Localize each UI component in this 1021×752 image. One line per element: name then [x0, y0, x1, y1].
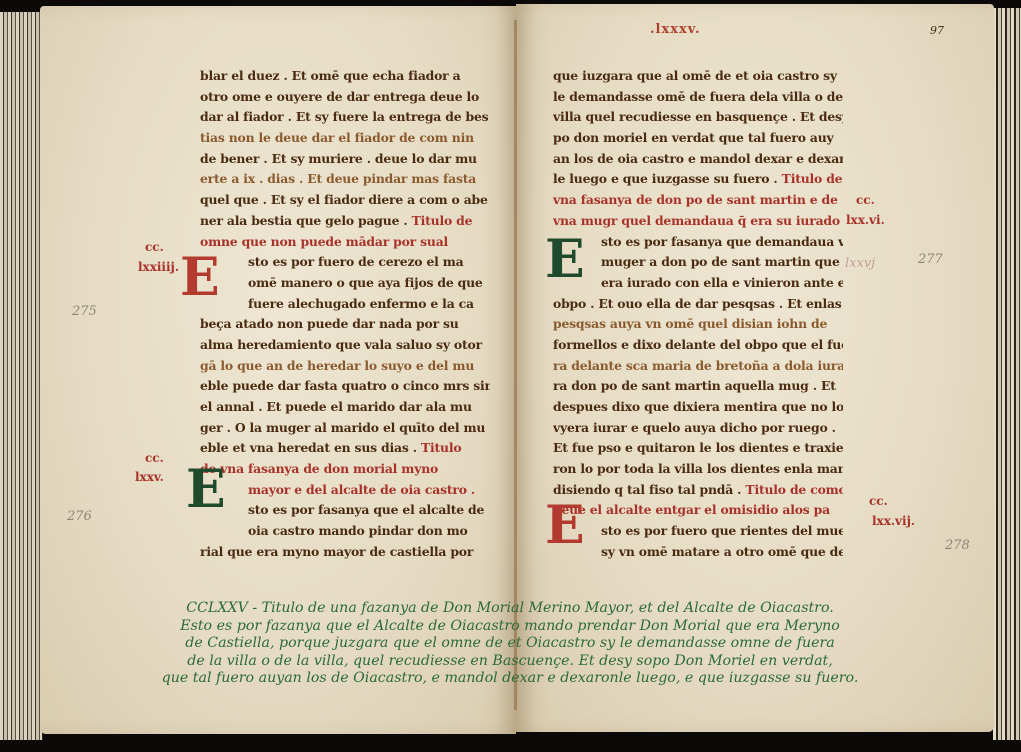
manuscript-line: eble puede dar fasta quatro o cinco mrs … — [200, 376, 490, 397]
chapter-heading: .lxxxv. — [650, 22, 701, 37]
margin-chapter-number: cc. — [869, 494, 888, 508]
manuscript-line: po don moriel en verdat que tal fuero au… — [553, 128, 843, 149]
pencil-folio-277: 277 — [918, 252, 943, 267]
caption-line: CCLXXV - Titulo de una fazanya de Don Mo… — [120, 600, 900, 618]
rubric-title: Titulo de como — [745, 482, 843, 497]
manuscript-line: eble et vna heredat en sus dias . Titulo — [200, 438, 490, 459]
manuscript-line: ra delante sca maria de bretoña a dola i… — [553, 356, 843, 377]
margin-chapter-number: lxxiiij. — [138, 260, 179, 274]
manuscript-line: beça atado non puede dar nada por su — [200, 314, 490, 335]
manuscript-line: villa quel recudiesse en basquençe . Et … — [553, 107, 843, 128]
manuscript-line: quel que . Et sy el fiador diere a com o… — [200, 190, 490, 211]
manuscript-line: deue el alcalte entgar el omisidio alos … — [553, 500, 843, 521]
left-page-edges — [0, 12, 43, 740]
manuscript-line: de bener . Et sy muriere . deue lo dar m… — [200, 149, 490, 170]
manuscript-line: vyera iurar e quelo auya dicho por ruego… — [553, 418, 843, 439]
manuscript-line: dar al fiador . Et sy fuere la entrega d… — [200, 107, 490, 128]
manuscript-line: vna mugr quel demandaua q̄ era su iurado… — [553, 211, 843, 232]
margin-chapter-number: cc. — [145, 240, 164, 254]
margin-chapter-number: lxxv. — [135, 470, 164, 484]
manuscript-line: que iuzgara que al omē de et oia castro … — [553, 66, 843, 87]
green-initial-e: E — [545, 234, 585, 286]
manuscript-line: el annal . Et puede el marido dar ala mu — [200, 397, 490, 418]
manuscript-line: sy vn omē matare a otro omē que de — [553, 542, 843, 563]
manuscript-line: an los de oia castro e mandol dexar e de… — [553, 149, 843, 170]
right-page-edges — [993, 8, 1021, 740]
manuscript-line: alma heredamiento que vala saluo sy otor — [200, 335, 490, 356]
manuscript-line: pesqsas auya vn omē quel disian iohn de — [553, 314, 843, 335]
manuscript-line: sto es por fasanya que el alcalte de — [200, 500, 490, 521]
manuscript-line: formellos e dixo delante del obpo que el… — [553, 335, 843, 356]
manuscript-line: Et fue pso e quitaron le los dientes e t… — [553, 438, 843, 459]
manuscript-line: gā lo que an de heredar lo suyo e del mu — [200, 356, 490, 377]
rubric-title: Titulo — [421, 440, 461, 455]
left-page-text: blar el duez . Et omē que echa fiador ao… — [200, 66, 490, 563]
transcription-caption: CCLXXV - Titulo de una fazanya de Don Mo… — [120, 600, 900, 688]
caption-line: que tal fuero auyan los de Oiacastro, e … — [120, 670, 900, 688]
caption-line: de la villa o de la villa, quel recudies… — [120, 653, 900, 671]
manuscript-line: erte a ix . dias . Et deue pindar mas fa… — [200, 169, 490, 190]
manuscript-line: muger a don po de sant martin que — [553, 252, 843, 273]
manuscript-line: despues dixo que dixiera mentira que no … — [553, 397, 843, 418]
manuscript-line: otro ome e ouyere de dar entrega deue lo — [200, 87, 490, 108]
manuscript-line: ner ala bestia que gelo pague . Titulo d… — [200, 211, 490, 232]
manuscript-line: ra don po de sant martin aquella mug . E… — [553, 376, 843, 397]
manuscript-line: fuere alechugado enfermo e la ca — [200, 294, 490, 315]
pencil-folio-278: 278 — [945, 538, 970, 553]
caption-line: Esto es por fazanya que el Alcalte de Oi… — [120, 618, 900, 636]
manuscript-line: ger . O la muger al marido el quīto del … — [200, 418, 490, 439]
manuscript-line: omē manero o que aya fijos de que — [200, 273, 490, 294]
rubric-title: Titulo de — [782, 171, 843, 186]
manuscript-line: tias non le deue dar el fiador de com ni… — [200, 128, 490, 149]
manuscript-line: disiendo q tal fiso tal pndā . Titulo de… — [553, 480, 843, 501]
red-initial-e: E — [180, 252, 220, 304]
manuscript-line: ron lo por toda la villa los dientes enl… — [553, 459, 843, 480]
rubric-title: Titulo de — [412, 213, 473, 228]
manuscript-line: le luego e que iuzgasse su fuero . Titul… — [553, 169, 843, 190]
caption-line: de Castiella, porque juzgara que el omne… — [120, 635, 900, 653]
manuscript-line: obpo . Et ouo ella de dar pesqsas . Et e… — [553, 294, 843, 315]
margin-chapter-number: cc. — [856, 193, 875, 207]
margin-chapter-number: lxx.vij. — [872, 514, 915, 528]
margin-chapter-number: lxx.vi. — [846, 213, 885, 227]
manuscript-line: vna fasanya de don po de sant martin e d… — [553, 190, 843, 211]
manuscript-line: blar el duez . Et omē que echa fiador a — [200, 66, 490, 87]
book-bottom-shadow — [0, 732, 1021, 752]
manuscript-line: rial que era myno mayor de castiella por — [200, 542, 490, 563]
manuscript-line: oia castro mando pindar don mo — [200, 521, 490, 542]
manuscript-line: sto es por fasanya que demandaua vna — [553, 232, 843, 253]
manuscript-line: de vna fasanya de don morial myno — [200, 459, 490, 480]
manuscript-line: omne que non puede mādar por sual — [200, 232, 490, 253]
manuscript-line: mayor e del alcalte de oia castro . — [200, 480, 490, 501]
manuscript-line: sto es por fuero que rientes del muerto … — [553, 521, 843, 542]
red-initial-e: E — [545, 500, 585, 552]
pencil-folio-276: 276 — [67, 509, 92, 524]
folio-number: 97 — [930, 24, 944, 37]
manuscript-line: sto es por fuero de cerezo el ma — [200, 252, 490, 273]
green-initial-e: E — [186, 464, 226, 516]
manuscript-line: era iurado con ella e vinieron ante el — [553, 273, 843, 294]
right-page-text: que iuzgara que al omē de et oia castro … — [553, 66, 843, 563]
margin-chapter-number: cc. — [145, 451, 164, 465]
open-manuscript-book: .lxxxv. 97 blar el duez . Et omē que ech… — [0, 0, 1021, 752]
manuscript-line: le demandasse omē de fuera dela villa o … — [553, 87, 843, 108]
pencil-marginalia: lxxvj — [845, 256, 875, 271]
pencil-folio-275: 275 — [72, 304, 97, 319]
